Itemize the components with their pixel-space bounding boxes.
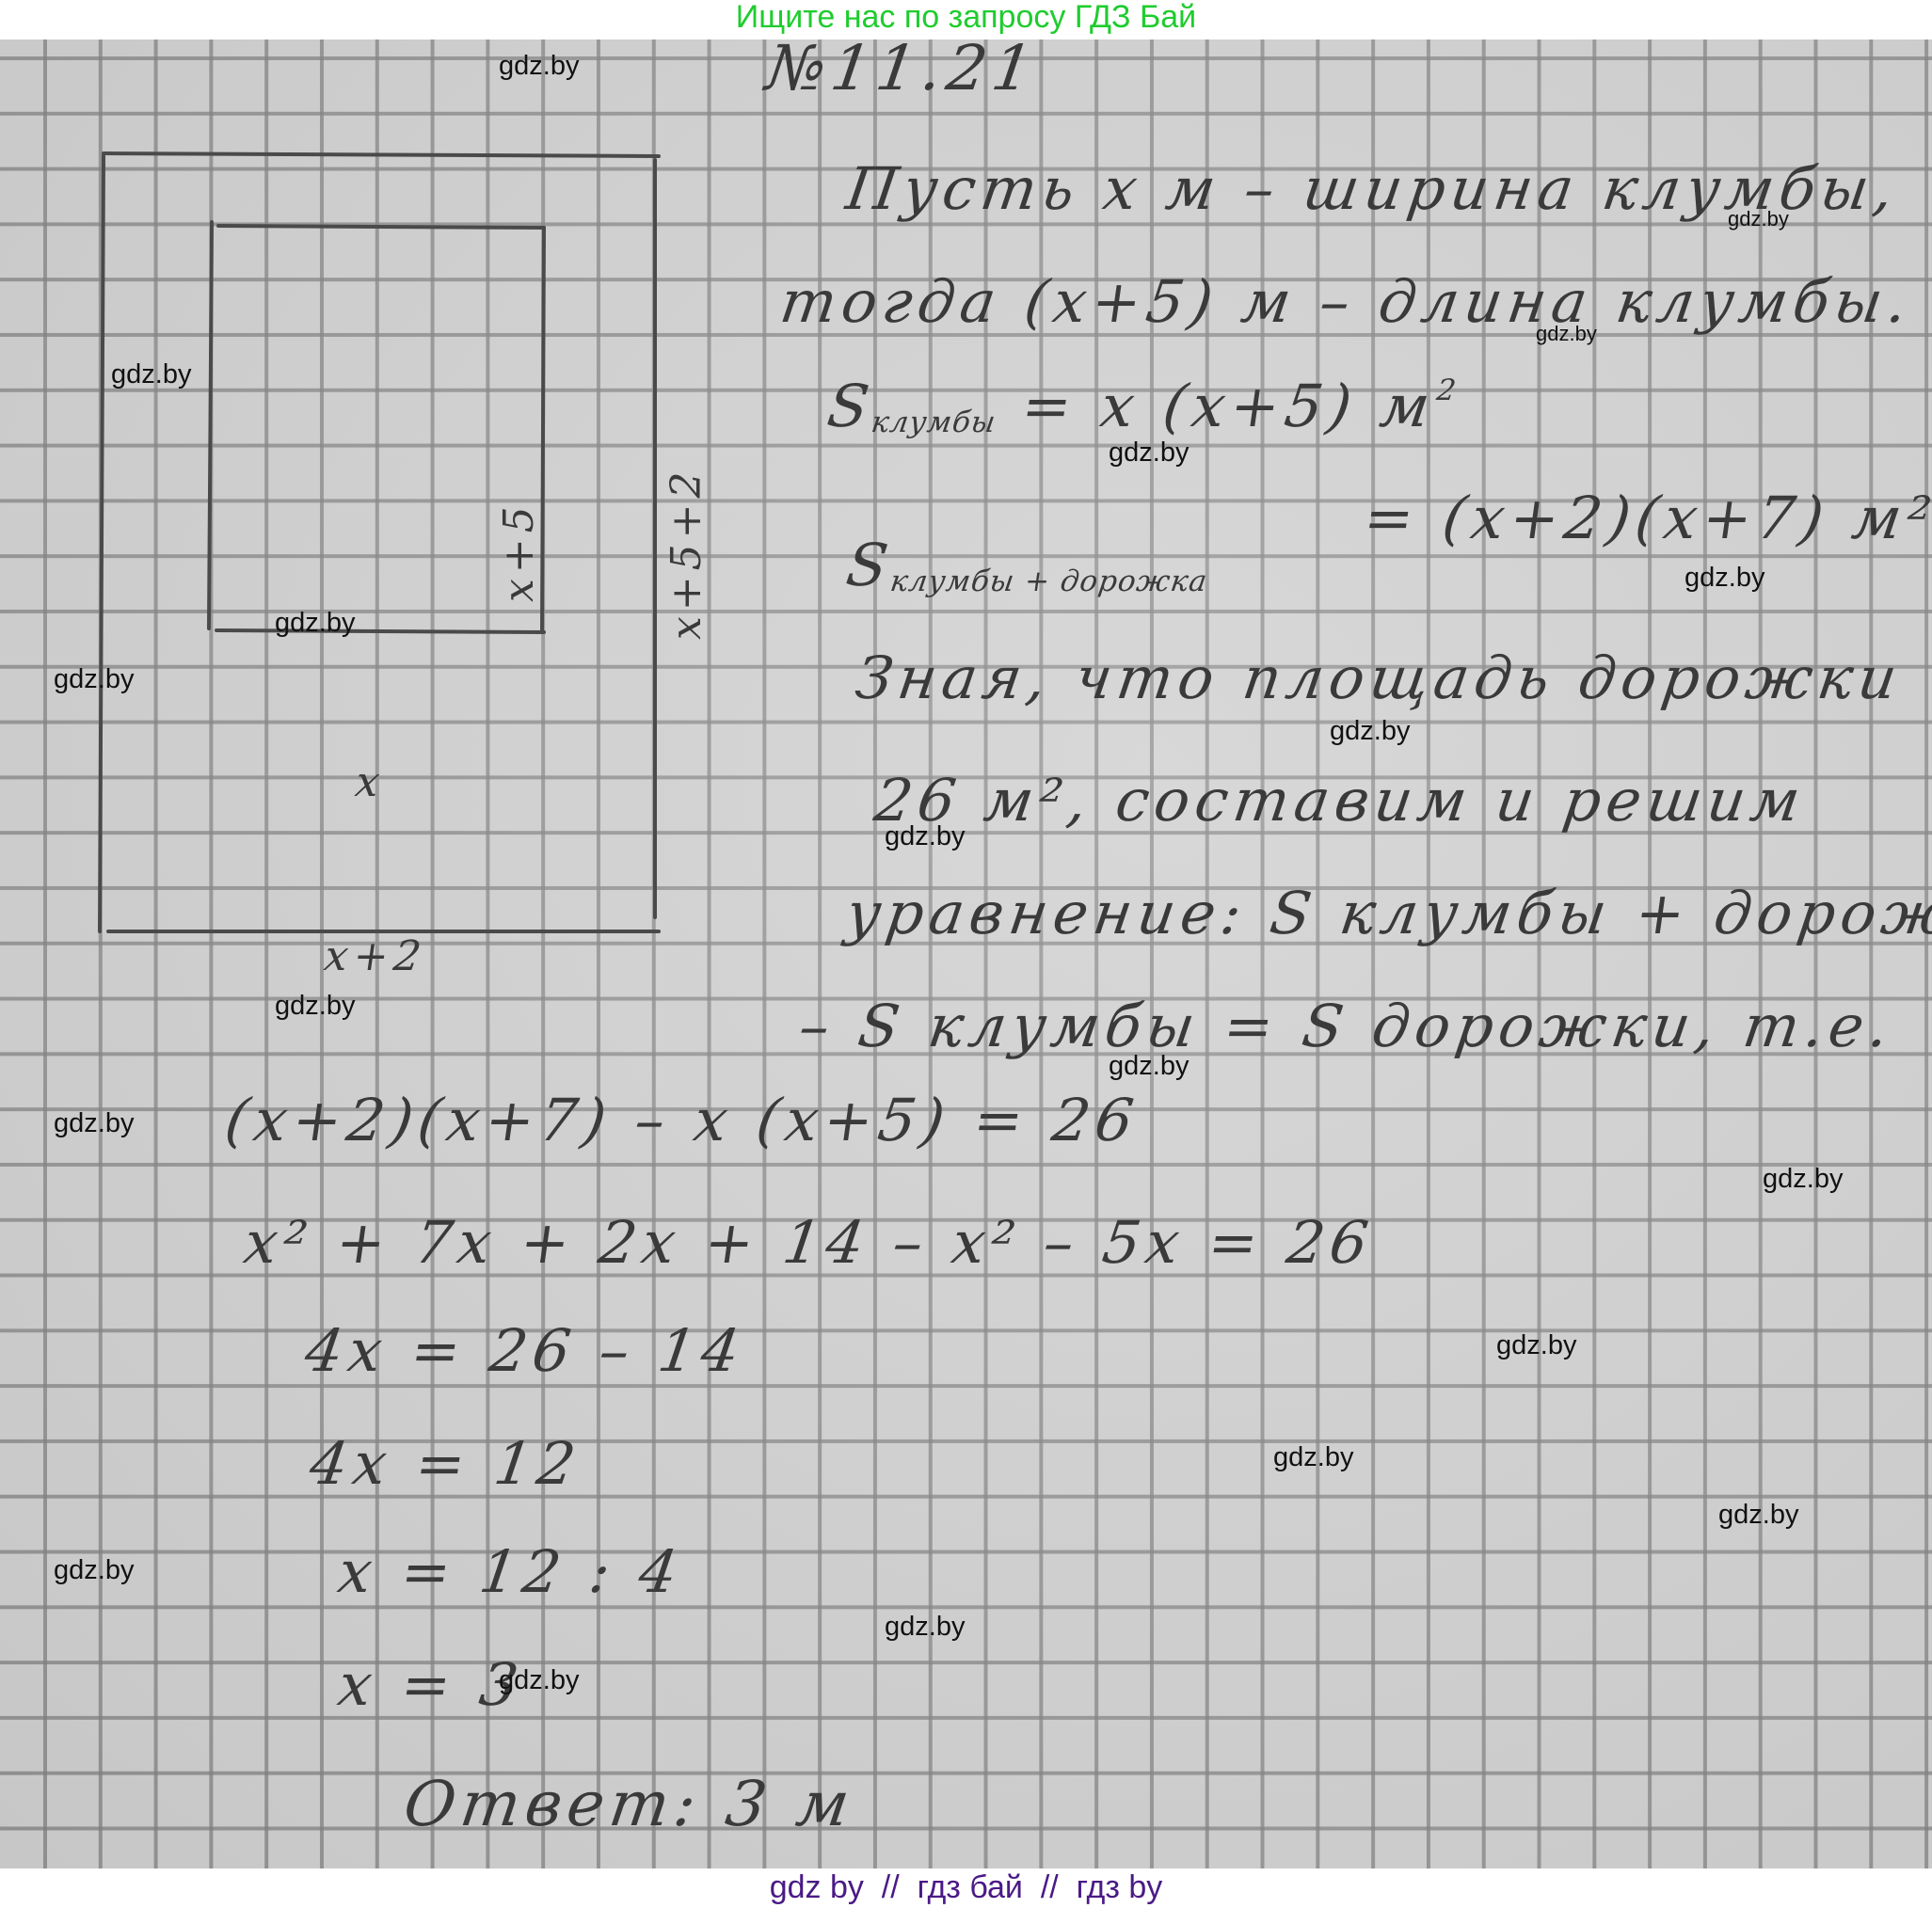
watermark: gdz.by [1536,324,1597,344]
watermark: gdz.by [1763,1166,1843,1193]
watermark: gdz.by [54,666,134,693]
equation-5: x = 12 : 4 [335,1543,687,1601]
total-area-label: Sклумбы + дорожка [842,536,1213,596]
area-subscript-bed: клумбы [870,405,998,439]
watermark: gdz.by [1685,564,1764,592]
bottom-banner: gdz by // гдз бай // гдз by [0,1868,1932,1908]
watermark: gdz.by [1109,439,1189,467]
inner-top-edge [218,226,544,228]
inner-left-edge [209,222,212,628]
watermark: gdz.by [499,1667,579,1694]
watermark: gdz.by [1273,1444,1353,1471]
watermark: gdz.by [1330,718,1410,745]
watermark: gdz.by [499,53,579,80]
area-subscript-bed-path: клумбы + дорожка [888,564,1210,598]
watermark: gdz.by [275,610,355,637]
answer-line: Ответ: 3 м [400,1773,858,1836]
equation-2: x² + 7x + 2x + 14 – x² – 5x = 26 [241,1214,1378,1272]
watermark: gdz.by [885,1614,965,1641]
watermark: gdz.by [1496,1332,1576,1359]
total-area-expression: = (x+2)(x+7) м² [1361,489,1932,548]
solution-line-6: Зная, что площадь дорожки [853,649,1907,708]
outer-width-label: x+2 [322,936,429,978]
watermark: gdz.by [54,1557,134,1584]
watermark: gdz.by [885,823,965,851]
inner-width-label: x [353,762,388,803]
inner-bottom-edge [216,630,544,632]
solution-line-8: уравнение: S клумбы + дорожка – [843,884,1932,943]
equation-1: (x+2)(x+7) – x (x+5) = 26 [222,1091,1142,1150]
site-links-text: gdz by // гдз бай // гдз by [770,1869,1163,1905]
watermark: gdz.by [54,1110,134,1137]
watermark: gdz.by [111,361,191,389]
watermark: gdz.by [1718,1502,1798,1529]
bed-area-formula: Sклумбы = x (x+5) м2 [823,376,1462,437]
solution-line-2: тогда (x+5) м – длина клумбы. [777,273,1917,331]
bed-area-expression: = x (x+5) м2 [1017,372,1463,440]
equation-3: 4x = 26 – 14 [302,1322,749,1380]
watermark: gdz.by [1728,209,1789,230]
watermark: gdz.by [1109,1053,1189,1080]
task-number: №11.21 [762,38,1042,100]
watermark: gdz.by [275,993,355,1020]
solution-line-7: 26 м², составим и решим [871,771,1810,830]
square-exponent: 2 [1434,374,1463,407]
outer-top-edge [104,153,659,156]
outer-left-edge [100,156,104,931]
outer-length-label: x+5+2 [666,466,708,640]
solution-line-9: – S клумбы = S дорожки, т.е. [796,997,1898,1056]
equation-4: 4x = 12 [307,1435,584,1493]
inner-length-label: x+5 [499,501,540,602]
